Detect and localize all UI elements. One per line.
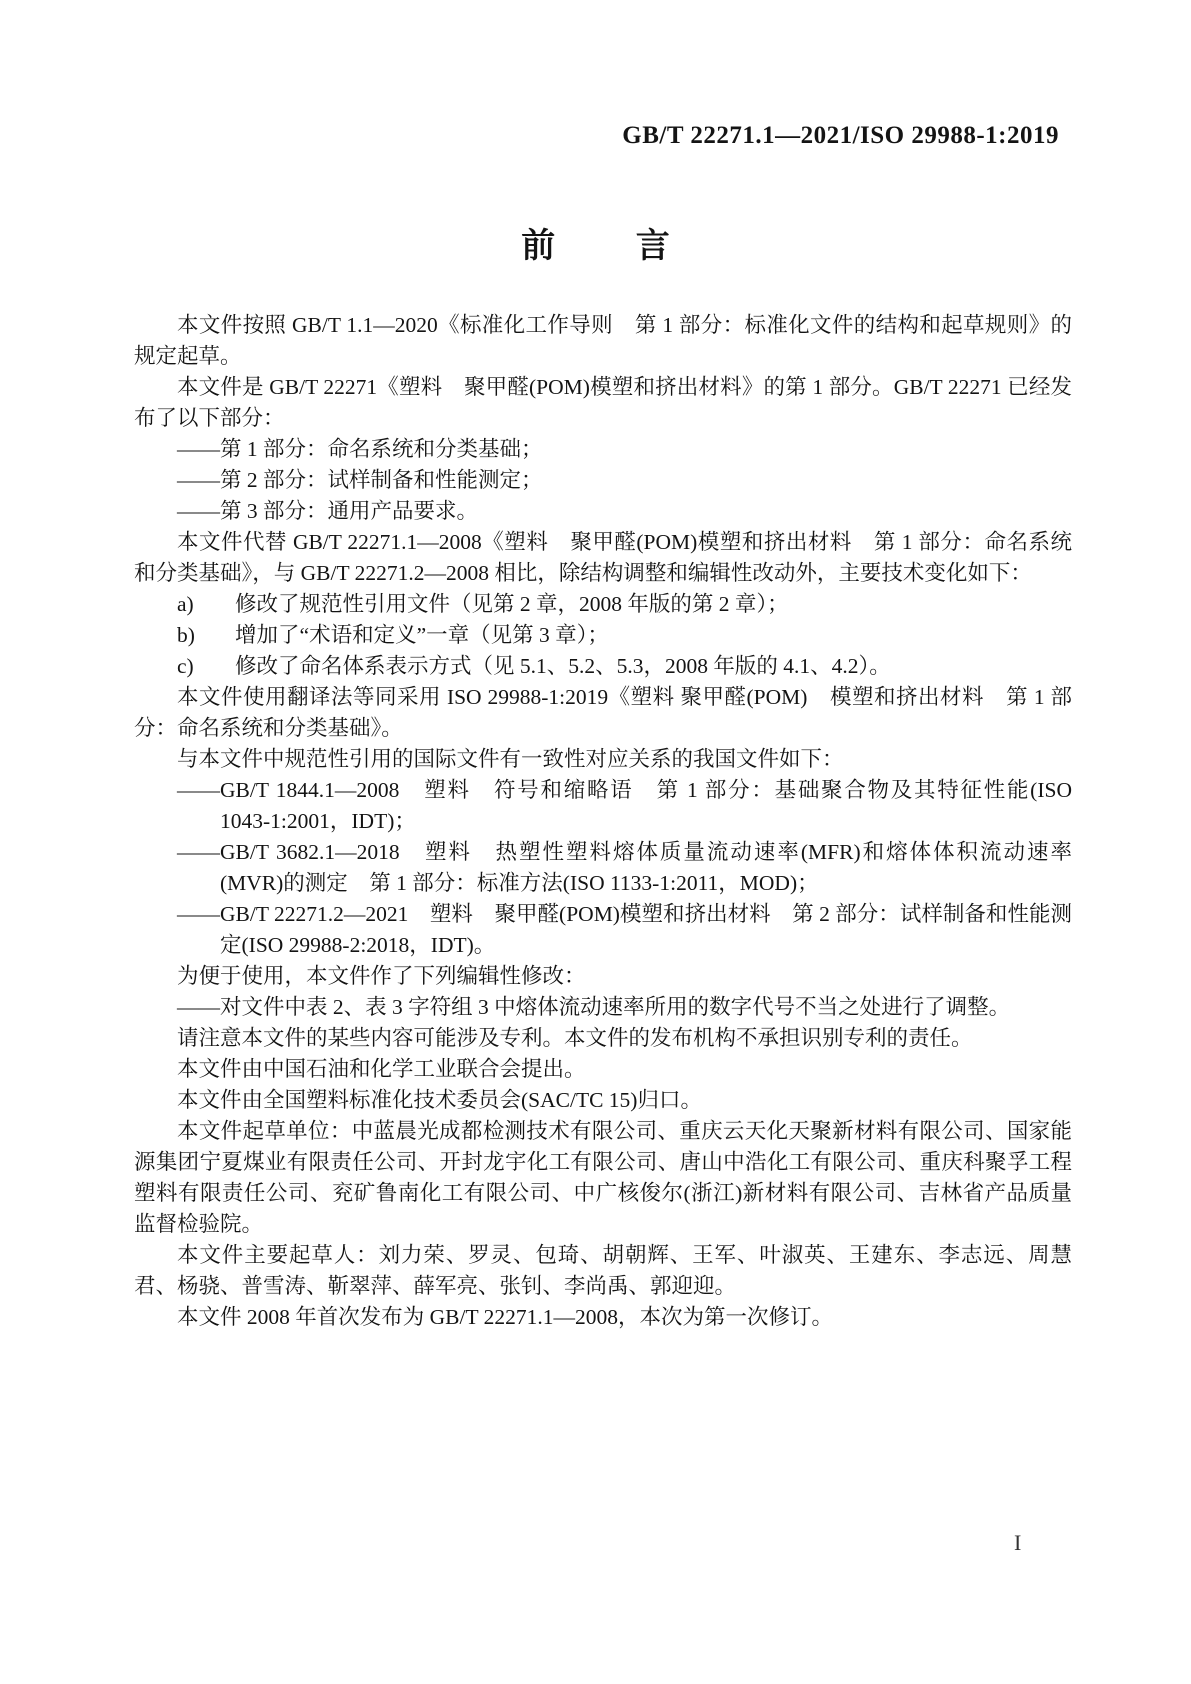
foreword-body: 本文件按照 GB/T 1.1—2020《标准化工作导则 第 1 部分：标准化文件… — [134, 310, 1072, 1333]
page-title: 前 言 — [0, 218, 1191, 267]
foreword-part-list-item: ——第 3 部分：通用产品要求。 — [134, 496, 1072, 527]
list-item-label: a) — [177, 589, 235, 620]
title-char-yan: 言 — [636, 228, 670, 265]
foreword-paragraph: 本文件由中国石油和化学工业联合会提出。 — [134, 1054, 1072, 1085]
foreword-paragraph: 本文件是 GB/T 22271《塑料 聚甲醛(POM)模塑和挤出材料》的第 1 … — [134, 372, 1072, 434]
page-number: I — [1014, 1530, 1021, 1556]
list-item-label: c) — [177, 651, 235, 682]
title-char-qian: 前 — [521, 228, 555, 265]
foreword-paragraph: 本文件主要起草人：刘力荣、罗灵、包琦、胡朝辉、王军、叶淑英、王建东、李志远、周慧… — [134, 1240, 1072, 1302]
foreword-part-list-item: ——第 2 部分：试样制备和性能测定； — [134, 465, 1072, 496]
foreword-paragraph: 本文件起草单位：中蓝晨光成都检测技术有限公司、重庆云天化天聚新材料有限公司、国家… — [134, 1116, 1072, 1240]
foreword-editorial-item: ——对文件中表 2、表 3 字符组 3 中熔体流动速率所用的数字代号不当之处进行… — [134, 992, 1072, 1023]
list-item-text: 修改了规范性引用文件（见第 2 章，2008 年版的第 2 章）； — [235, 592, 789, 616]
foreword-reference-item: ——GB/T 1844.1—2008 塑料 符号和缩略语 第 1 部分：基础聚合… — [134, 775, 1072, 837]
foreword-change-item-b: b)增加了“术语和定义”一章（见第 3 章）； — [134, 620, 1072, 651]
foreword-paragraph: 请注意本文件的某些内容可能涉及专利。本文件的发布机构不承担识别专利的责任。 — [134, 1023, 1072, 1054]
foreword-change-item-c: c)修改了命名体系表示方式（见 5.1、5.2、5.3，2008 年版的 4.1… — [134, 651, 1072, 682]
foreword-part-list-item: ——第 1 部分：命名系统和分类基础； — [134, 434, 1072, 465]
header-standard-number: GB/T 22271.1—2021/ISO 29988-1:2019 — [622, 122, 1059, 150]
foreword-paragraph: 本文件 2008 年首次发布为 GB/T 22271.1—2008，本次为第一次… — [134, 1302, 1072, 1333]
list-item-text: 增加了“术语和定义”一章（见第 3 章）； — [235, 623, 609, 647]
foreword-reference-item: ——GB/T 3682.1—2018 塑料 热塑性塑料熔体质量流动速率(MFR)… — [134, 837, 1072, 899]
foreword-paragraph: 本文件代替 GB/T 22271.1—2008《塑料 聚甲醛(POM)模塑和挤出… — [134, 527, 1072, 589]
foreword-paragraph: 本文件由全国塑料标准化技术委员会(SAC/TC 15)归口。 — [134, 1085, 1072, 1116]
foreword-paragraph: 本文件使用翻译法等同采用 ISO 29988-1:2019《塑料 聚甲醛(POM… — [134, 682, 1072, 744]
foreword-paragraph: 为便于使用，本文件作了下列编辑性修改： — [134, 961, 1072, 992]
foreword-paragraph: 本文件按照 GB/T 1.1—2020《标准化工作导则 第 1 部分：标准化文件… — [134, 310, 1072, 372]
list-item-text: 修改了命名体系表示方式（见 5.1、5.2、5.3，2008 年版的 4.1、4… — [235, 654, 891, 678]
list-item-label: b) — [177, 620, 235, 651]
foreword-reference-item: ——GB/T 22271.2—2021 塑料 聚甲醛(POM)模塑和挤出材料 第… — [134, 899, 1072, 961]
foreword-paragraph: 与本文件中规范性引用的国际文件有一致性对应关系的我国文件如下： — [134, 744, 1072, 775]
foreword-change-item-a: a)修改了规范性引用文件（见第 2 章，2008 年版的第 2 章）； — [134, 589, 1072, 620]
document-page: GB/T 22271.1—2021/ISO 29988-1:2019 前 言 本… — [0, 0, 1191, 1684]
